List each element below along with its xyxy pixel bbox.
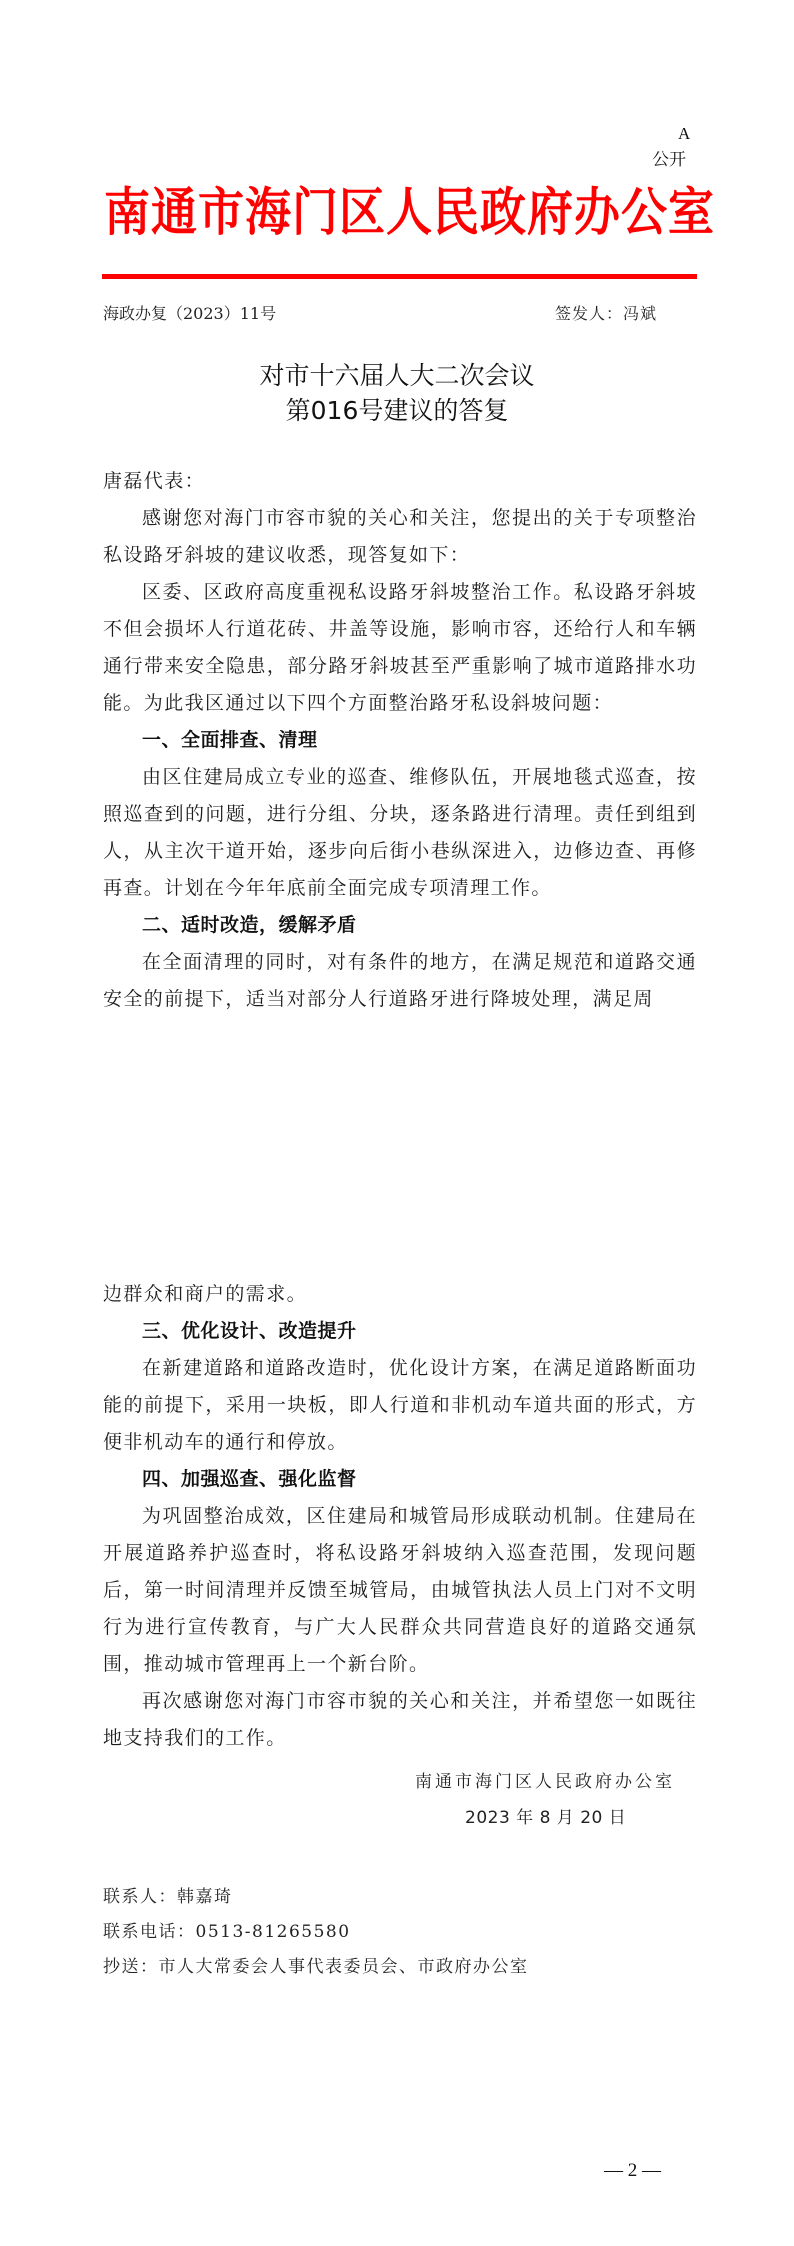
section-1-paragraph: 由区住建局成立专业的巡查、维修队伍，开展地毯式巡查，按照巡查到的问题，进行分组、… — [103, 759, 697, 907]
document-title: 对市十六届人大二次会议 第016号建议的答复 — [0, 358, 794, 428]
section-3-paragraph: 在新建道路和道路改造时，优化设计方案，在满足道路断面功能的前提下，采用一块板，即… — [103, 1350, 697, 1461]
contact-person: 联系人：韩嘉琦 — [103, 1880, 529, 1915]
section-4-paragraph: 为巩固整治成效，区住建局和城管局形成联动机制。住建局在开展道路养护巡查时，将私设… — [103, 1498, 697, 1683]
title-line-2: 第016号建议的答复 — [0, 393, 794, 428]
closing-paragraph: 再次感谢您对海门市容市貌的关心和关注，并希望您一如既往地支持我们的工作。 — [103, 1683, 697, 1757]
document-number: 海政办复（2023）11号 — [103, 301, 276, 324]
signature-date: 2023 年 8 月 20 日 — [465, 1803, 626, 1828]
intro-paragraph: 感谢您对海门市容市貌的关心和关注，您提出的关于专项整治私设路牙斜坡的建议收悉，现… — [103, 500, 697, 574]
cc-recipients: 抄送：市人大常委会人事代表委员会、市政府办公室 — [103, 1950, 529, 1985]
contact-phone: 联系电话：0513-81265580 — [103, 1915, 529, 1950]
title-line-1: 对市十六届人大二次会议 — [0, 358, 794, 393]
contact-info: 联系人：韩嘉琦 联系电话：0513-81265580 抄送：市人大常委会人事代表… — [103, 1880, 529, 1985]
issuing-organization-header: 南通市海门区人民政府办公室 — [104, 176, 694, 248]
signature-organization: 南通市海门区人民政府办公室 — [415, 1767, 675, 1792]
page-number: — 2 — — [604, 2160, 661, 2182]
section-heading-4: 四、加强巡查、强化监督 — [103, 1461, 697, 1498]
classification-mark: A — [678, 124, 690, 144]
section-heading-1: 一、全面排查、清理 — [103, 722, 697, 759]
document-body: 唐磊代表： 感谢您对海门市容市貌的关心和关注，您提出的关于专项整治私设路牙斜坡的… — [103, 463, 697, 1757]
overview-paragraph: 区委、区政府高度重视私设路牙斜坡整治工作。私设路牙斜坡不但会损坏人行道花砖、井盖… — [103, 574, 697, 722]
page-blank-gap — [103, 1018, 697, 1276]
section-heading-2: 二、适时改造，缓解矛盾 — [103, 907, 697, 944]
disclosure-label: 公开 — [652, 145, 686, 170]
section-2-continuation: 边群众和商户的需求。 — [103, 1276, 697, 1313]
salutation: 唐磊代表： — [103, 463, 697, 500]
section-2-paragraph: 在全面清理的同时，对有条件的地方，在满足规范和道路交通安全的前提下，适当对部分人… — [103, 944, 697, 1018]
red-header-rule — [102, 274, 697, 279]
signer: 签发人：冯斌 — [555, 301, 657, 324]
section-heading-3: 三、优化设计、改造提升 — [103, 1313, 697, 1350]
